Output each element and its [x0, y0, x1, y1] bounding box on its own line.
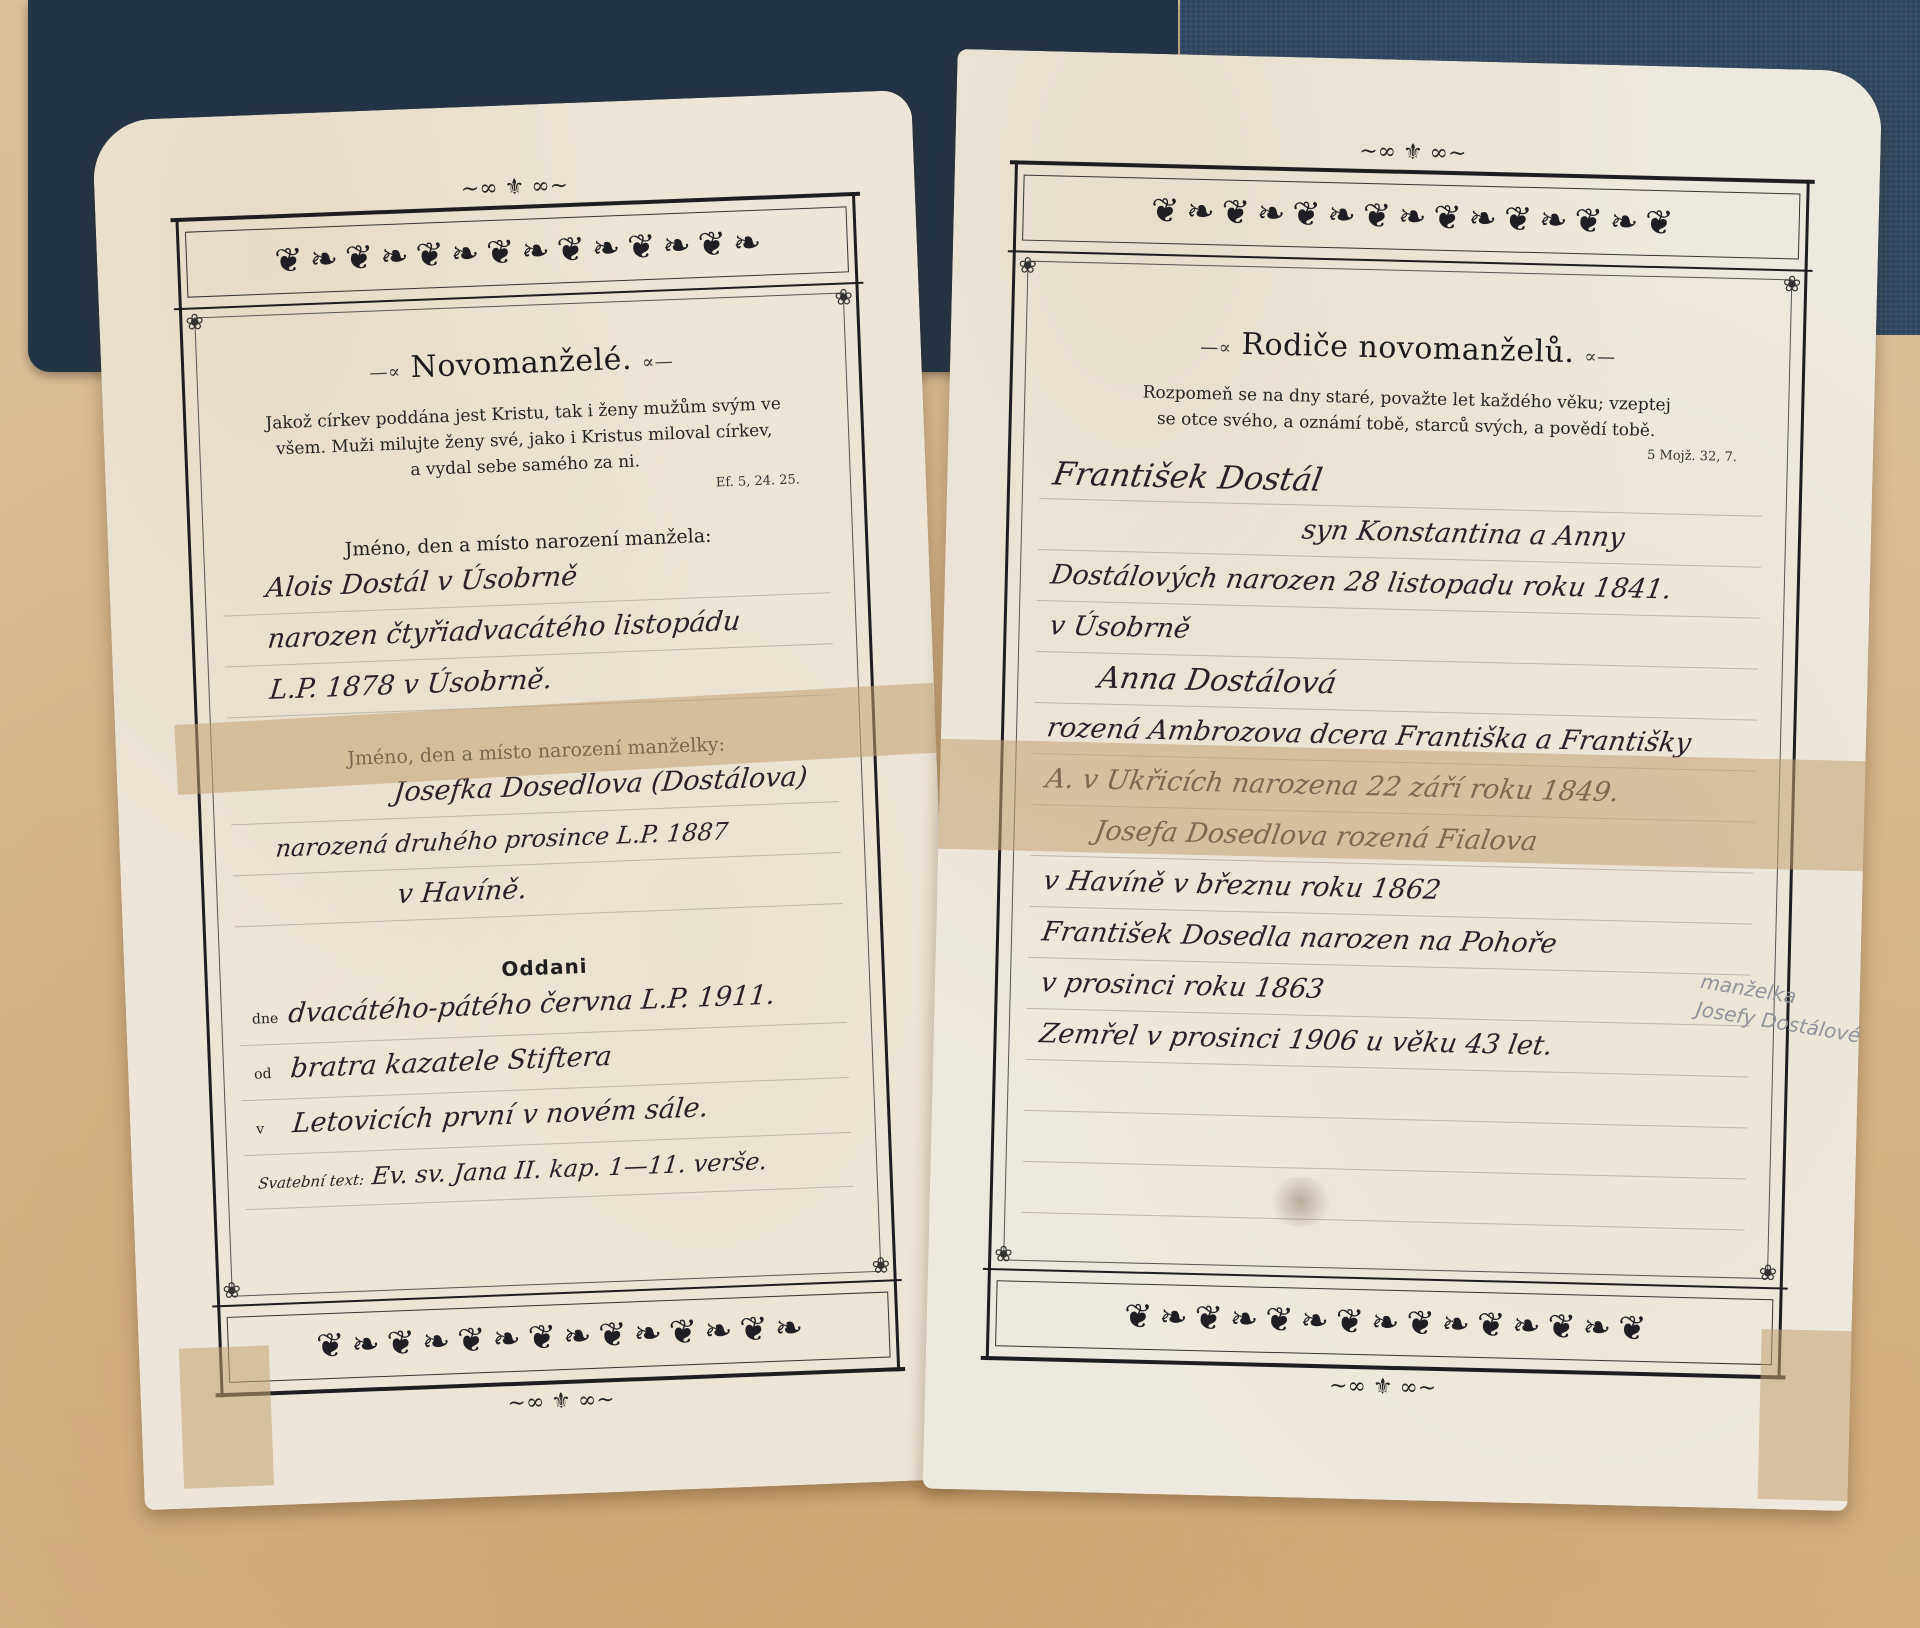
right-page: ~∞ ⚜ ∞~ ❦ ❧ ❦ ❧ ❦ ❧ ❦ ❧ ❦ ❧ ❦ ❧ ❦ ❧ ❦ ❀ … — [923, 49, 1883, 1511]
flourish-ornament-icon: ~∞ ⚜ ∞~ — [1329, 1373, 1437, 1401]
top-ornament-band: ~∞ ⚜ ∞~ ❦ ❧ ❦ ❧ ❦ ❧ ❦ ❧ ❦ ❧ ❦ ❧ ❦ ❧ ❦ — [1008, 160, 1815, 272]
scroll-ornament-icon: ❦ ❧ ❦ ❧ ❦ ❧ ❦ ❧ ❦ ❧ ❦ ❧ ❦ ❧ ❦ — [995, 1280, 1773, 1365]
right-content-box: ❀ ❀ ❀ ❀ —∝Rodiče novomanželů.∝— Rozpomeň… — [1003, 261, 1792, 1279]
left-page-frame: ~∞ ⚜ ∞~ ❦ ❧ ❦ ❧ ❦ ❧ ❦ ❧ ❦ ❧ ❦ ❧ ❦ ❧ ❀ ❀ … — [175, 192, 900, 1397]
flourish-ornament-icon: ~∞ ⚜ ∞~ — [460, 173, 568, 202]
dash-ornament-icon: ∝— — [1584, 346, 1616, 368]
right-page-frame: ~∞ ⚜ ∞~ ❦ ❧ ❦ ❧ ❦ ❧ ❦ ❧ ❦ ❧ ❦ ❧ ❦ ❧ ❦ ❀ … — [986, 160, 1810, 1379]
flourish-ornament-icon: ~∞ ⚜ ∞~ — [507, 1387, 615, 1416]
bottom-ornament-band: ❦ ❧ ❦ ❧ ❦ ❧ ❦ ❧ ❦ ❧ ❦ ❧ ❦ ❧ ~∞ ⚜ ∞~ — [212, 1279, 905, 1397]
left-content-box: ❀ ❀ ❀ ❀ —∝Novomanželé.∝— Jakož církev po… — [194, 293, 881, 1297]
corner-ornament-icon: ❀ — [994, 1242, 1013, 1267]
bottom-ornament-band: ❦ ❧ ❦ ❧ ❦ ❧ ❦ ❧ ❦ ❧ ❦ ❧ ❦ ❧ ❦ ~∞ ⚜ ∞~ — [981, 1268, 1788, 1380]
left-page: ~∞ ⚜ ∞~ ❦ ❧ ❦ ❧ ❦ ❧ ❦ ❧ ❦ ❧ ❦ ❧ ❦ ❧ ❀ ❀ … — [92, 90, 965, 1510]
top-ornament-band: ~∞ ⚜ ∞~ ❦ ❧ ❦ ❧ ❦ ❧ ❦ ❧ ❦ ❧ ❦ ❧ ❦ ❧ — [170, 192, 863, 310]
scroll-ornament-icon: ❦ ❧ ❦ ❧ ❦ ❧ ❦ ❧ ❦ ❧ ❦ ❧ ❦ ❧ — [185, 206, 849, 297]
corner-ornament-icon: ❀ — [1018, 253, 1037, 278]
scroll-ornament-icon: ❦ ❧ ❦ ❧ ❦ ❧ ❦ ❧ ❦ ❧ ❦ ❧ ❦ ❧ — [227, 1292, 891, 1383]
corner-ornament-icon: ❀ — [222, 1278, 241, 1304]
corner-ornament-icon: ❀ — [834, 285, 853, 311]
page-title: —∝Novomanželé.∝— — [217, 334, 826, 392]
page-title: —∝Rodiče novomanželů.∝— — [1046, 322, 1770, 375]
corner-ornament-icon: ❀ — [185, 310, 204, 336]
corner-ornament-icon: ❀ — [871, 1253, 890, 1279]
scroll-ornament-icon: ❦ ❧ ❦ ❧ ❦ ❧ ❦ ❧ ❦ ❧ ❦ ❧ ❦ ❧ ❦ — [1022, 175, 1800, 260]
dash-ornament-icon: ∝— — [642, 351, 674, 373]
dash-ornament-icon: —∝ — [369, 362, 401, 384]
dash-ornament-icon: —∝ — [1200, 337, 1232, 359]
corner-ornament-icon: ❀ — [1782, 272, 1801, 297]
flourish-ornament-icon: ~∞ ⚜ ∞~ — [1359, 139, 1467, 167]
corner-ornament-icon: ❀ — [1758, 1261, 1777, 1286]
